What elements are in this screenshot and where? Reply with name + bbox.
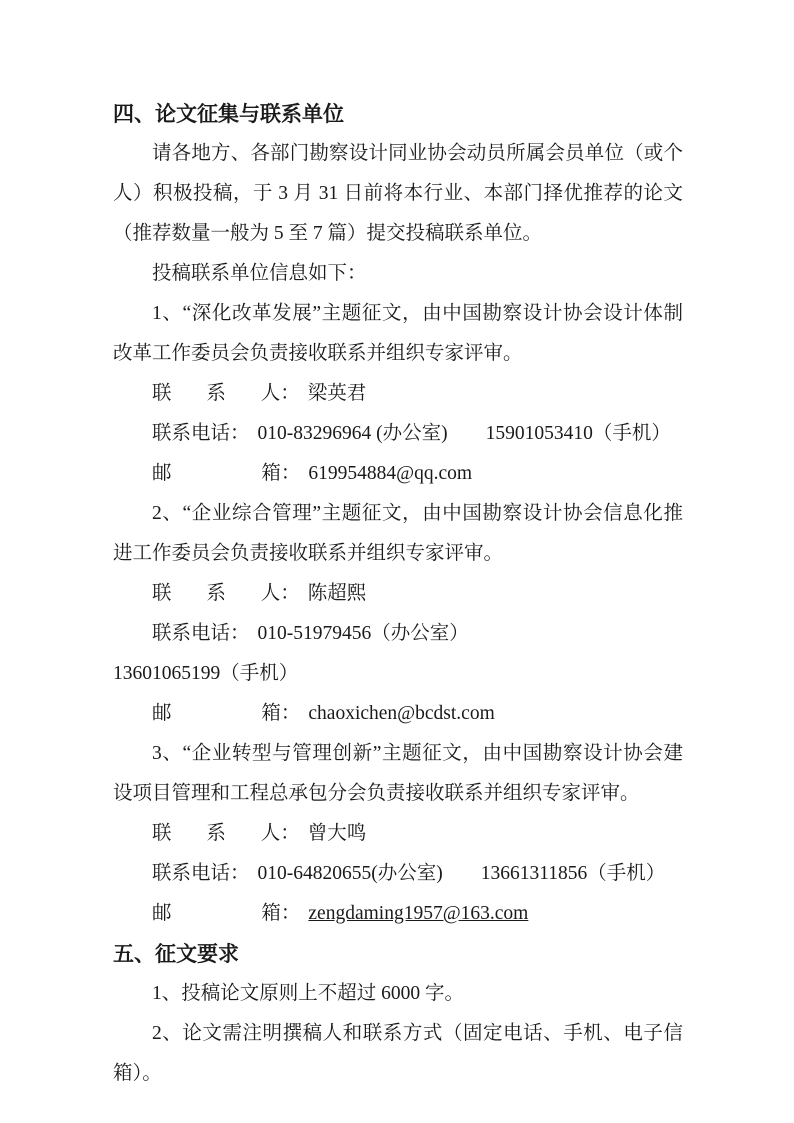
email-address: 619954884@qq.com (308, 463, 472, 484)
email-address: chaoxichen@bcdst.com (308, 703, 494, 724)
contact-3-intro: 3、“企业转型与管理创新”主题征文，由中国勘察设计协会建设项目管理和工程总承包分… (113, 734, 683, 814)
person-label: 联 系 人： (152, 823, 300, 844)
phone-mobile: 15901053410（手机） (486, 423, 671, 444)
contact-2-phone-line: 联系电话：010-51979456（办公室）13601065199（手机） (113, 614, 683, 694)
person-name: 曾大鸣 (308, 823, 367, 844)
contact-info-label: 投稿联系单位信息如下： (113, 254, 683, 294)
contact-3-person-line: 联 系 人：曾大鸣 (113, 814, 683, 854)
phone-mobile: 13661311856（手机） (481, 863, 666, 884)
contact-block-3: 3、“企业转型与管理创新”主题征文，由中国勘察设计协会建设项目管理和工程总承包分… (113, 734, 683, 934)
contact-2-person-line: 联 系 人：陈超熙 (113, 574, 683, 614)
contact-2-email-line: 邮 箱：chaoxichen@bcdst.com (113, 694, 683, 734)
document-page: 四、论文征集与联系单位 请各地方、各部门勘察设计同业协会动员所属会员单位（或个人… (0, 0, 794, 1123)
section-4-intro-paragraph: 请各地方、各部门勘察设计同业协会动员所属会员单位（或个人）积极投稿，于 3 月 … (113, 134, 683, 254)
contact-1-email-line: 邮 箱：619954884@qq.com (113, 454, 683, 494)
contact-2-intro: 2、“企业综合管理”主题征文，由中国勘察设计协会信息化推进工作委员会负责接收联系… (113, 494, 683, 574)
requirement-item-2: 2、论文需注明撰稿人和联系方式（固定电话、手机、电子信箱）。 (113, 1014, 683, 1094)
person-name: 梁英君 (308, 383, 367, 404)
person-label: 联 系 人： (152, 383, 300, 404)
contact-block-1: 1、“深化改革发展”主题征文，由中国勘察设计协会设计体制改革工作委员会负责接收联… (113, 294, 683, 494)
person-label: 联 系 人： (152, 583, 300, 604)
phone-office: 010-51979456（办公室） (258, 623, 469, 644)
person-name: 陈超熙 (308, 583, 367, 604)
email-label: 邮 箱： (152, 703, 300, 724)
email-address-link[interactable]: zengdaming1957@163.com (308, 903, 528, 924)
email-label: 邮 箱： (152, 463, 300, 484)
contact-1-phone-line: 联系电话：010-83296964 (办公室)15901053410（手机） (113, 414, 683, 454)
contact-block-2: 2、“企业综合管理”主题征文，由中国勘察设计协会信息化推进工作委员会负责接收联系… (113, 494, 683, 734)
phone-label: 联系电话： (152, 623, 250, 644)
contact-1-intro: 1、“深化改革发展”主题征文，由中国勘察设计协会设计体制改革工作委员会负责接收联… (113, 294, 683, 374)
phone-label: 联系电话： (152, 423, 250, 444)
contact-1-person-line: 联 系 人：梁英君 (113, 374, 683, 414)
contact-3-phone-line: 联系电话：010-64820655(办公室)13661311856（手机） (113, 854, 683, 894)
phone-office: 010-83296964 (办公室) (258, 423, 448, 444)
phone-label: 联系电话： (152, 863, 250, 884)
email-label: 邮 箱： (152, 903, 300, 924)
requirement-item-1: 1、投稿论文原则上不超过 6000 字。 (113, 974, 683, 1014)
phone-office: 010-64820655(办公室) (258, 863, 443, 884)
contact-3-email-line: 邮 箱：zengdaming1957@163.com (113, 894, 683, 934)
phone-mobile: 13601065199（手机） (113, 663, 298, 684)
section-5-heading: 五、征文要求 (113, 934, 683, 974)
section-4-heading: 四、论文征集与联系单位 (113, 94, 683, 134)
